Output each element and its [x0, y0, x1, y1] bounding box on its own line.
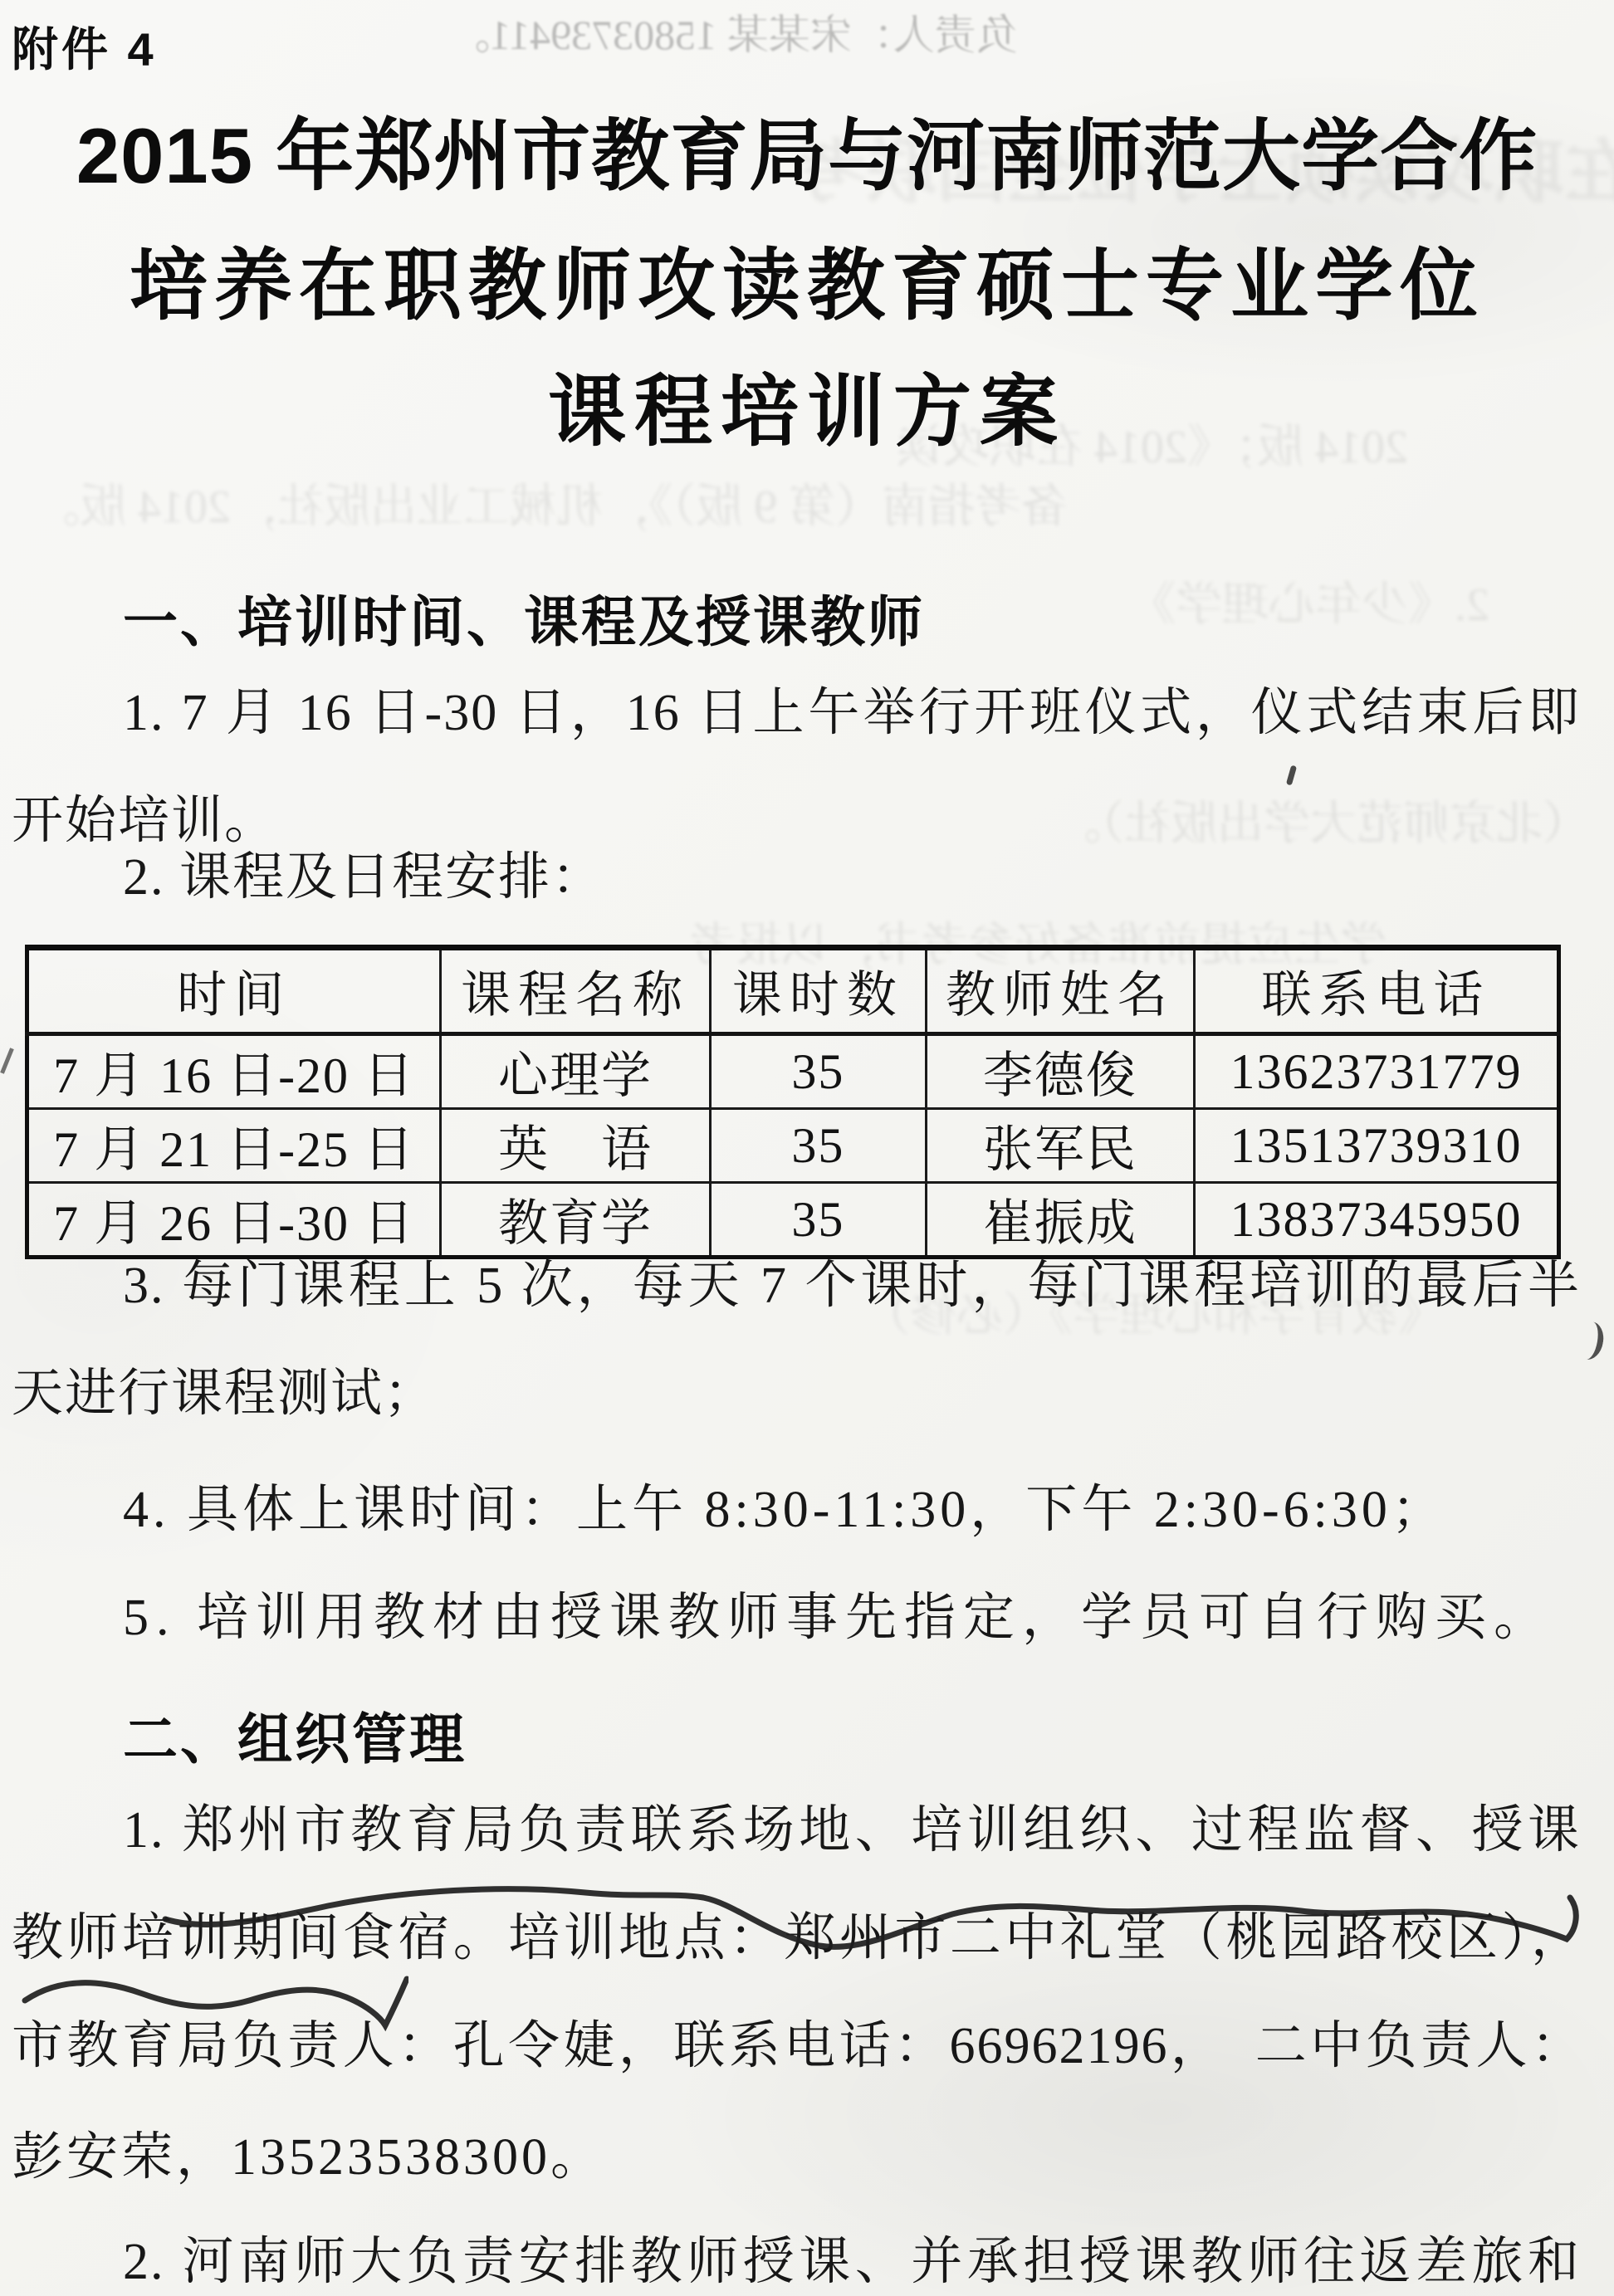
section1-item1-line2: 开始培训。: [12, 790, 277, 852]
section2-item2-line1: 2. 河南师大负责安排教师授课、并承担授课教师往返差旅和: [123, 2231, 1581, 2293]
col-header-hours: 课时数: [710, 948, 926, 1034]
attachment-label: 附件 4: [12, 13, 157, 80]
cell-phone: 13513739310: [1194, 1109, 1558, 1183]
cell-time: 7 月 26 日-30 日: [27, 1183, 441, 1258]
section1-item2: 2. 课程及日程安排：: [123, 847, 604, 908]
section2-item1-line1: 1. 郑州市教育局负责联系场地、培训组织、过程监督、授课: [123, 1800, 1581, 1861]
col-header-course: 课程名称: [441, 948, 711, 1034]
cell-teacher: 崔振成: [927, 1183, 1195, 1258]
cell-hours: 35: [710, 1109, 926, 1183]
cell-course: 英 语: [441, 1109, 711, 1183]
scanned-document-page: 负责人：宋某某 15803739411。 《2014 在职攻读硕士学位全国联考 …: [0, 0, 1614, 2296]
cell-course: 教育学: [441, 1183, 711, 1258]
title-line-2: 培养在职教师攻读教育硕士专业学位: [0, 222, 1614, 335]
section1-item4: 4. 具体上课时间：上午 8:30-11:30，下午 2:30-6:30；: [123, 1479, 1447, 1541]
table-row: 7 月 21 日-25 日 英 语 35 张军民 13513739310: [27, 1109, 1559, 1183]
section1-item3-line1: 3. 每门课程上 5 次，每天 7 个课时，每门课程培训的最后半: [123, 1255, 1581, 1317]
scan-mark: [0, 1048, 14, 1074]
cell-hours: 35: [710, 1034, 926, 1109]
section1-item1-line1: 1. 7 月 16 日-30 日，16 日上午举行开班仪式，仪式结束后即: [123, 682, 1581, 744]
title-line-3: 课程培训方案: [0, 349, 1614, 461]
section2-item1-line2: 教师培训期间食宿。培训地点：郑州市二中礼堂（桃园路校区），: [12, 1908, 1584, 1969]
col-header-time: 时间: [27, 948, 441, 1034]
col-header-phone: 联系电话: [1194, 948, 1558, 1034]
section2-item1-line4: 彭安荣，13523538300。: [12, 2127, 605, 2188]
section1-heading: 一、培训时间、课程及授课教师: [123, 578, 925, 657]
section2-heading: 二、组织管理: [123, 1695, 467, 1774]
col-header-teacher: 教师姓名: [927, 948, 1195, 1034]
schedule-table: 时间 课程名称 课时数 教师姓名 联系电话 7 月 16 日-20 日 心理学 …: [25, 945, 1561, 1259]
cell-phone: 13623731779: [1194, 1034, 1558, 1109]
cell-teacher: 张军民: [927, 1109, 1195, 1183]
scan-mark: [1572, 1319, 1606, 1361]
cell-teacher: 李德俊: [927, 1034, 1195, 1109]
section1-item5: 5. 培训用教材由授课教师事先指定，学员可自行购买。: [123, 1587, 1553, 1649]
table-header-row: 时间 课程名称 课时数 教师姓名 联系电话: [27, 948, 1559, 1034]
bleedthrough-text: 2.《少年心理学》: [1129, 568, 1489, 634]
cell-hours: 35: [710, 1183, 926, 1258]
table-row: 7 月 26 日-30 日 教育学 35 崔振成 13837345950: [27, 1183, 1559, 1258]
bleedthrough-text: 负责人：宋某某 15803739411。: [448, 2, 1018, 61]
cell-phone: 13837345950: [1194, 1183, 1558, 1258]
cell-time: 7 月 21 日-25 日: [27, 1109, 441, 1183]
bleedthrough-text: 备考指南（第 9 版）》，机械工业出版社，2014 版。: [33, 470, 1068, 536]
cell-time: 7 月 16 日-20 日: [27, 1034, 441, 1109]
title-line-1: 2015 年郑州市教育局与河南师范大学合作: [0, 93, 1614, 205]
scan-mark: [1286, 765, 1297, 786]
bleedthrough-text: （北京师范大学出版社）。: [1054, 787, 1589, 853]
cell-course: 心理学: [441, 1034, 711, 1109]
section1-item3-line2: 天进行课程测试；: [12, 1363, 437, 1424]
section2-item1-line3: 市教育局负责人：孔令婕，联系电话：66962196， 二中负责人：: [12, 2015, 1584, 2077]
table-row: 7 月 16 日-20 日 心理学 35 李德俊 13623731779: [27, 1034, 1559, 1109]
